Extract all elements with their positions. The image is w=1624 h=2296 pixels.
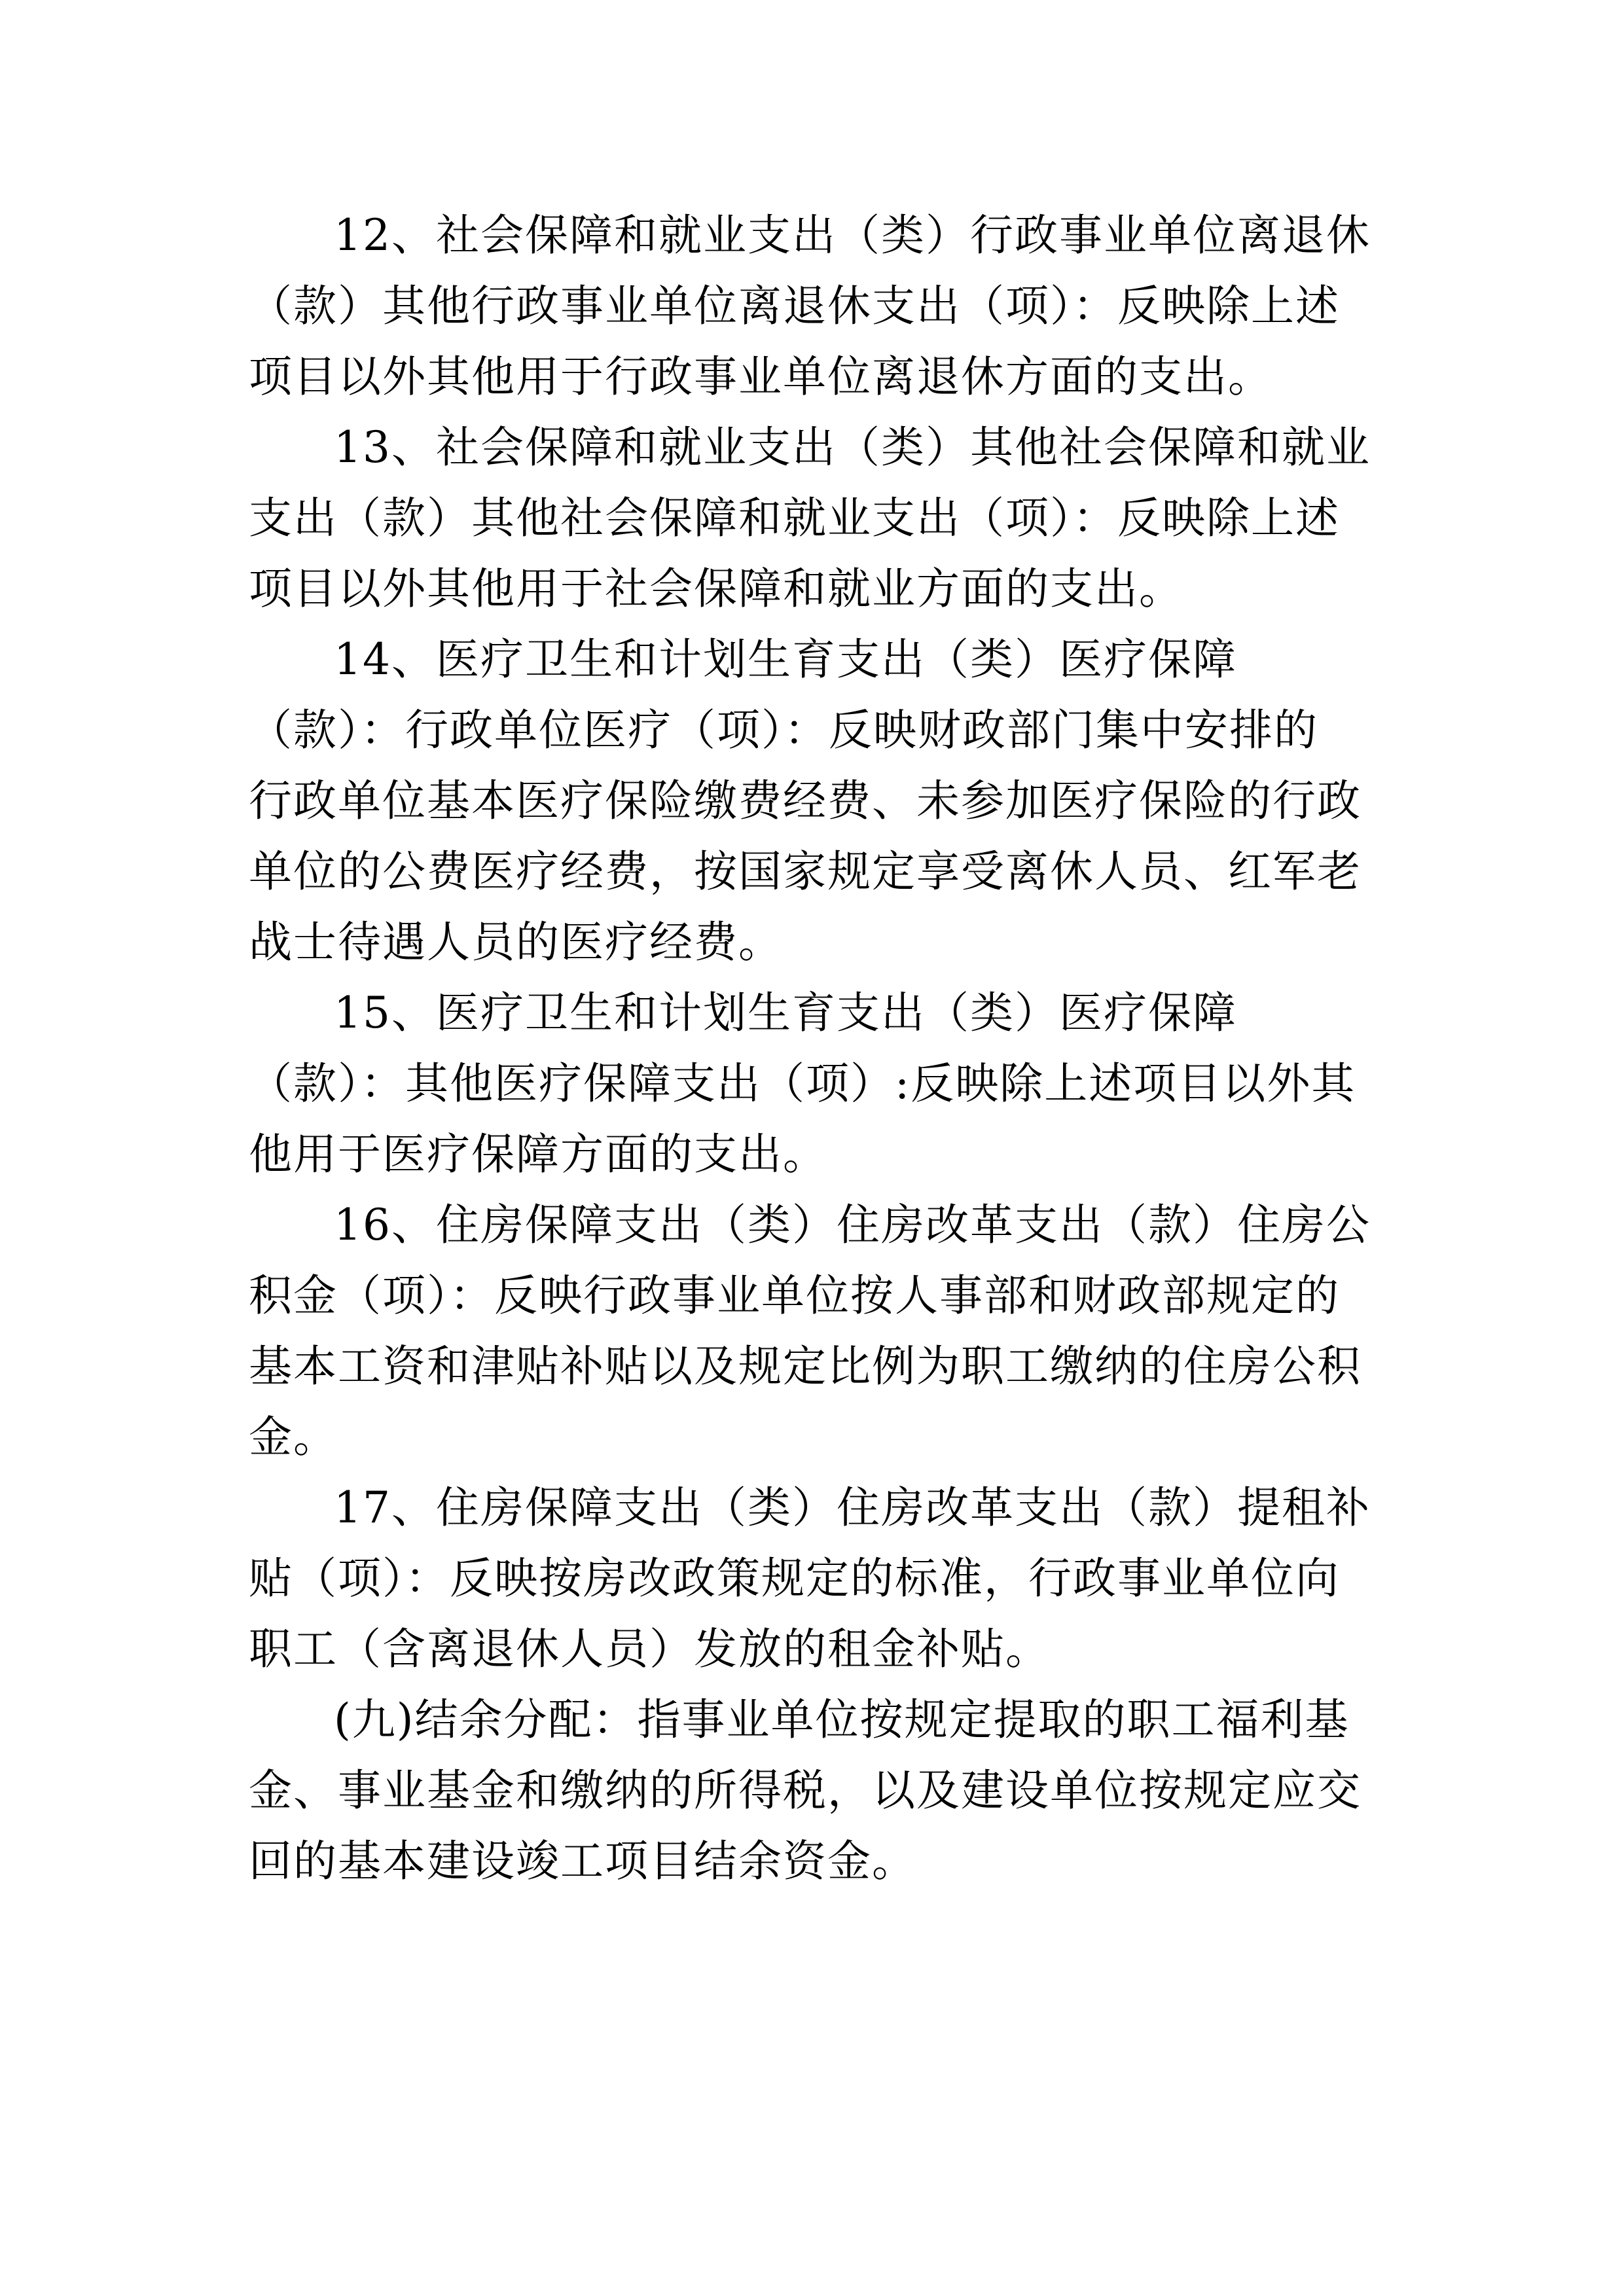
text-line: 15、医疗卫生和计划生育支出（类）医疗保障 [249,978,1375,1049]
text-line: （款）其他行政事业单位离退休支出（项）：反映除上述 [249,271,1375,342]
paragraph-12: 12、社会保障和就业支出（类）行政事业单位离退休 （款）其他行政事业单位离退休支… [249,200,1375,412]
text-line: 16、住房保障支出（类）住房改革支出（款）住房公 [249,1190,1375,1261]
text-line: 14、医疗卫生和计划生育支出（类）医疗保障 [249,624,1375,695]
document-page: 12、社会保障和就业支出（类）行政事业单位离退休 （款）其他行政事业单位离退休支… [249,200,1375,1897]
text-line: 行政单位基本医疗保险缴费经费、未参加医疗保险的行政 [249,766,1375,836]
text-line: 项目以外其他用于行政事业单位离退休方面的支出。 [249,342,1375,412]
text-line: (九)结余分配：指事业单位按规定提取的职工福利基 [249,1685,1375,1755]
text-line: 17、住房保障支出（类）住房改革支出（款）提租补 [249,1473,1375,1543]
paragraph-14: 14、医疗卫生和计划生育支出（类）医疗保障 （款）：行政单位医疗（项）：反映财政… [249,624,1375,978]
paragraph-17: 17、住房保障支出（类）住房改革支出（款）提租补 贴（项）：反映按房改政策规定的… [249,1473,1375,1685]
text-line: 项目以外其他用于社会保障和就业方面的支出。 [249,554,1375,624]
text-line: 回的基本建设竣工项目结余资金。 [249,1826,1375,1897]
paragraph-16: 16、住房保障支出（类）住房改革支出（款）住房公 积金（项）：反映行政事业单位按… [249,1190,1375,1473]
text-line: 支出（款）其他社会保障和就业支出（项）：反映除上述 [249,483,1375,554]
text-line: 他用于医疗保障方面的支出。 [249,1119,1375,1190]
text-line: 单位的公费医疗经费，按国家规定享受离休人员、红军老 [249,836,1375,907]
paragraph-jiu-surplus-distribution: (九)结余分配：指事业单位按规定提取的职工福利基 金、事业基金和缴纳的所得税，以… [249,1685,1375,1897]
text-line: 金、事业基金和缴纳的所得税，以及建设单位按规定应交 [249,1755,1375,1826]
text-line: 13、社会保障和就业支出（类）其他社会保障和就业 [249,412,1375,483]
text-line: 积金（项）：反映行政事业单位按人事部和财政部规定的 [249,1261,1375,1331]
text-line: 金。 [249,1402,1375,1473]
text-line: 战士待遇人员的医疗经费。 [249,907,1375,978]
paragraph-13: 13、社会保障和就业支出（类）其他社会保障和就业 支出（款）其他社会保障和就业支… [249,412,1375,624]
text-line: 职工（含离退休人员）发放的租金补贴。 [249,1614,1375,1685]
text-line: 贴（项）：反映按房改政策规定的标准，行政事业单位向 [249,1543,1375,1614]
text-line: 12、社会保障和就业支出（类）行政事业单位离退休 [249,200,1375,271]
text-line: 基本工资和津贴补贴以及规定比例为职工缴纳的住房公积 [249,1331,1375,1402]
text-line: （款）：其他医疗保障支出（项）:反映除上述项目以外其 [249,1049,1375,1119]
text-line: （款）：行政单位医疗（项）：反映财政部门集中安排的 [249,695,1375,766]
paragraph-15: 15、医疗卫生和计划生育支出（类）医疗保障 （款）：其他医疗保障支出（项）:反映… [249,978,1375,1190]
